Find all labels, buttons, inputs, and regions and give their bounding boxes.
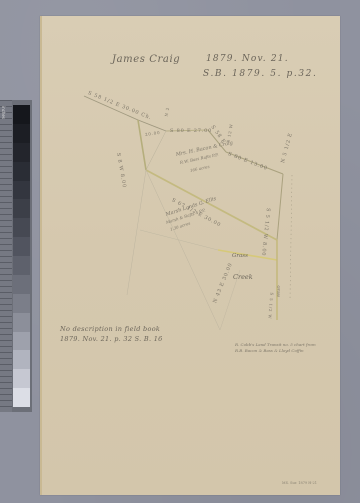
course-label-top: S 80 E 27.00 [170,128,212,134]
faint-line-west [127,170,146,295]
faint-line-lower [140,230,218,250]
internal-line [146,131,166,170]
boundary-east-side [277,174,283,240]
feature-creek: Creek [233,273,253,281]
note-transit: R. Cobb's Land Transit no. 5 chart from … [235,342,316,354]
catalog-number: MS. Sur. 1879 H-21 [282,481,317,485]
document-title: James Craig [112,54,180,65]
dotted-east-line [290,175,292,300]
boundary-mid-diag [146,170,277,240]
boundary-west-side [138,120,146,170]
note-transit-line2: R.B. Bacon & Bass & Lloyd Coffin [235,348,316,354]
note-field-book-line1: No description in field book [60,324,163,334]
document-date: 1879. Nov. 21. [206,54,289,64]
note-field-book-line2: 1879. Nov. 21. p. 32 S. B. 16 [60,334,163,344]
feature-grass-top: Grass [232,253,248,259]
document-reference: S.B. 1879. 5. p.32. [203,69,317,79]
boundary-nw-top [138,120,166,131]
feature-grass-low: Grass [277,286,282,298]
note-field-book: No description in field book 1879. Nov. … [60,324,163,344]
faint-line-sw [146,170,220,330]
